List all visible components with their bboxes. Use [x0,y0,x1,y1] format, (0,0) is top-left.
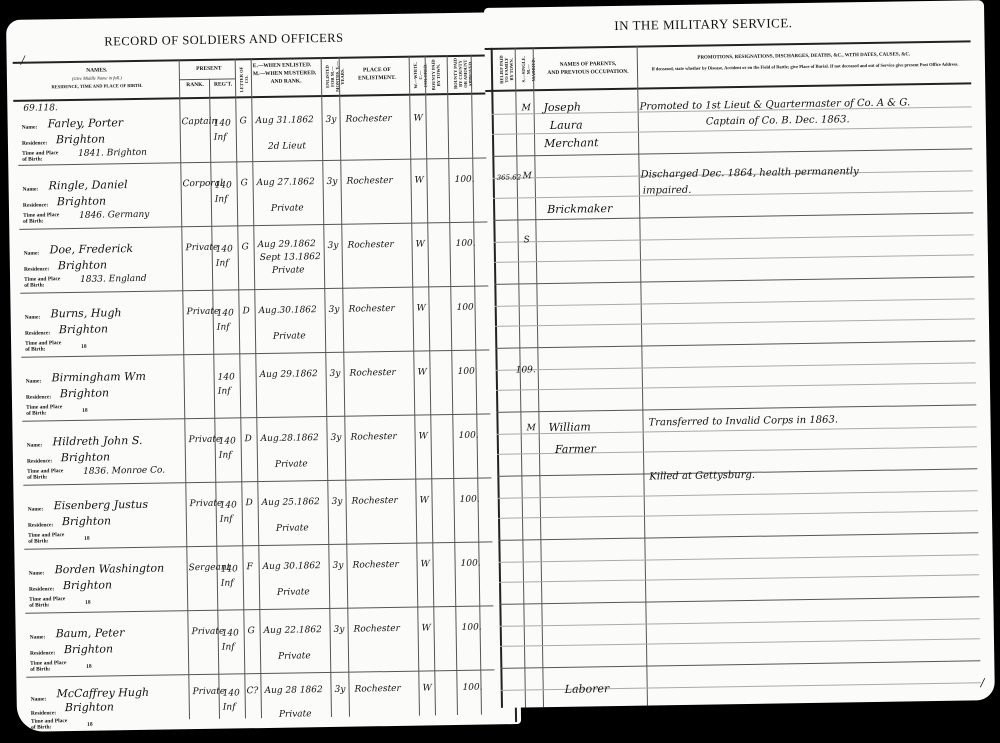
label-name: Name: [28,507,44,513]
col-header-regt: REG'T. [209,80,237,88]
label-birth: Time and Place of Birth: [24,277,64,289]
remarks: Promoted to 1st Lieut & Quartermaster of… [639,97,910,112]
company: G [241,178,248,188]
row-divider [496,404,976,413]
label-name: Name: [24,252,40,258]
race: W [418,367,427,377]
regiment: 140 Inf [222,626,242,654]
mustered-rank: Private [279,709,312,720]
race: W [414,175,423,185]
row-divider [495,340,975,349]
term: 3y [334,685,345,695]
birth: 1833. England [80,274,147,285]
bounty: 100. [459,431,479,441]
grid-line [637,46,648,706]
residence: Brighton [57,194,106,208]
term: 3y [331,433,342,443]
ruled-line [494,254,974,263]
label-birth: Time and Place of Birth: [29,597,69,609]
occupation: Brickmaker [547,202,612,216]
ruled-line [499,554,979,563]
label-name: Name: [25,315,41,321]
label-name: Name: [26,379,42,385]
term: 3y [326,115,337,125]
soldier-name: Birmingham Wm [52,370,146,384]
regiment: 140 Inf [214,116,234,144]
term: 3y [334,625,345,635]
residence: Brighton [61,450,110,464]
enlisted-date: Aug.30.1862 [259,305,317,316]
label-residence: Residence: [25,331,50,337]
right-page: IN THE MILITARY SERVICE. Relief paid to … [484,0,995,708]
label-birth: Time and Place of Birth: [30,661,70,673]
place-of-enlistment: Rochester [347,176,393,187]
ruled-line [495,318,975,327]
label-name: Name: [27,443,43,449]
col-header-enlisted: E.—WHEN ENLISTED. M.—WHEN MUSTERED, AND … [253,61,319,86]
birth: 1841. Brighton [78,148,147,159]
place-of-enlistment: Rochester [353,560,399,571]
header-top-rule [485,40,971,50]
residence: Brighton [62,514,111,528]
parent-name: William [548,420,590,434]
record-row: Name: Hildreth John S. Residence: Bright… [12,414,517,485]
race: W [422,623,431,633]
birth-year-prefix: 18 [86,665,92,671]
regiment: 140 Inf [219,434,239,462]
race: W [414,113,423,123]
record-ref: 69.118. [23,103,58,114]
col-header-relief: Relief paid to Family by Town. [499,54,515,86]
ruled-line [498,490,978,499]
label-residence: Residence: [26,395,51,401]
label-birth: Time and Place of Birth: [25,341,65,353]
soldier-name: Borden Washington [55,562,165,577]
mustered-rank: Private [276,523,309,534]
col-header-bounty-town: Bounty Paid by Town. [431,59,442,91]
soldier-name: Hildreth John S. [53,434,143,448]
place-of-enlistment: Rochester [348,240,394,251]
regiment: 140 Inf [216,242,236,270]
label-name: Name: [29,571,45,577]
row-divider [500,660,980,669]
place-of-enlistment: Rochester [352,496,398,507]
bounty: 100. [455,239,475,249]
relief-paid: 365.62 [497,173,522,181]
col-header-enlisted-for: Enlisted for M.—Months. Y.—Years. [325,61,346,93]
label-birth: Time and Place of Birth: [28,533,68,545]
ruled-line [500,618,980,627]
label-residence: Residence: [24,267,49,273]
mustered-rank: Private [277,587,310,598]
enlisted-date: Aug 29.1862 [257,239,315,250]
label-residence: Residence: [22,141,47,147]
record-row: Name: Birmingham Wm Residence: Brighton … [11,350,516,421]
bounty: 100. [460,495,480,505]
col-header-names: NAMES. (Give Middle Name in full.) Resid… [17,65,177,92]
soldier-name: Burns, Hugh [51,306,122,320]
company: G [242,242,249,252]
grid-line [491,48,503,708]
rank: Private [192,627,225,638]
enlisted-date: Aug 29.1862 [260,369,318,380]
soldier-name: McCaffrey Hugh [56,686,149,700]
race: W [420,495,429,505]
ruled-line [496,362,976,371]
rank: Private [189,435,222,446]
bounty: 100. [462,623,482,633]
soldier-name: Farley, Porter [48,116,124,130]
residence: Brighton [64,642,113,656]
residence: Brighton [60,386,109,400]
mustered-rank: Private [275,459,308,470]
company: G [240,116,247,126]
col-header-place-of-enlistment: PLACE OF ENLISTMENT. [347,66,407,83]
rank: Private [186,243,219,254]
enlisted-date: Aug 28 1862 [264,685,322,696]
label-residence: Residence: [31,711,56,717]
mustered-rank: 2d Lieut [268,141,306,152]
col-header-rank: RANK. [181,81,209,89]
birth-year-prefix: 18 [87,723,93,729]
enlisted-date: Aug 25.1862 [262,497,320,508]
enlisted-date: Aug 22.1862 [264,625,322,636]
row-divider [494,276,974,285]
label-residence: Residence: [29,587,54,593]
marital-status: M [527,423,536,433]
remarks: Discharged Dec. 1864, health permanently [641,166,859,180]
label-name: Name: [30,635,46,641]
row-divider [499,596,979,605]
rank: Private [187,307,220,318]
label-birth: Time and Place of Birth: [23,213,63,225]
residence: Brighton [56,132,105,146]
bounty: 100 [457,303,474,313]
company: C? [246,686,258,696]
soldier-name: Doe, Frederick [50,242,134,256]
record-row: Name: Doe, Frederick Residence: Brighton… [9,222,514,293]
race: W [417,303,426,313]
parent-name: Joseph [543,100,581,114]
bounty: 100. [454,175,474,185]
bounty: 100. [461,559,481,569]
race: W [422,683,431,693]
grid-line [515,48,526,708]
label-birth: Time and Place of Birth: [26,405,66,417]
col-header-letter-co: Letter of Co. [239,64,249,94]
record-row: Name: Eisenberg Justus Residence: Bright… [13,478,518,549]
label-name: Name: [23,188,39,194]
mustered-date: Sept 13.1862 [260,252,321,263]
residence: Brighton [63,578,112,592]
company: D [246,498,253,508]
label-residence: Residence: [30,651,55,657]
label-birth: Time and Place of Birth: [31,719,71,731]
race: W [419,431,428,441]
ruled-line [495,298,975,307]
rank: Private [190,499,223,510]
label-birth: Time and Place of Birth: [22,151,62,163]
label-residence: Residence: [28,523,53,529]
place-of-enlistment: Rochester [350,368,396,379]
label-residence: Residence: [27,459,52,465]
birth-year-prefix: 18 [81,345,87,351]
regiment: 140 Inf [217,306,237,334]
term: 3y [329,305,340,315]
enlisted-date: Aug.28.1862 [261,433,319,444]
ruled-line [498,510,978,519]
ruled-line [494,234,974,243]
residence: Brighton [65,700,114,714]
mustered-rank: Private [272,265,305,276]
term: 3y [333,561,344,571]
place-of-enlistment: Rochester [349,304,395,315]
col-header-parents: NAMES OF PARENTS, AND PREVIOUS OCCUPATIO… [541,60,635,77]
regiment: 140 Inf [215,178,235,206]
label-name: Name: [31,697,47,703]
header-occupation-label: AND PREVIOUS OCCUPATION. [541,68,635,77]
occupation: Laborer [565,682,610,696]
corner-mark: / [981,676,985,689]
birth-year-prefix: 18 [84,537,90,543]
ruled-line [496,382,976,391]
marital-status: M [523,171,532,181]
enlisted-date: Aug 30.1862 [263,561,321,572]
birth: 1846. Germany [79,210,149,221]
row-divider [498,532,978,541]
mustered-rank: Private [271,203,304,214]
label-birth: Time and Place of Birth: [27,469,67,481]
soldier-name: Ringle, Daniel [49,178,128,192]
grid-line [533,47,544,707]
header-bottom-rule [485,82,971,92]
soldier-name: Baum, Peter [56,626,125,640]
place-of-enlistment: Rochester [354,624,400,635]
remarks: Captain of Co. B. Dec. 1863. [706,114,850,127]
place-of-enlistment: Rochester [351,432,397,443]
record-row: Name: Baum, Peter Residence: Brighton Ti… [15,606,520,677]
header-and-rank-label: AND RANK. [253,77,319,86]
birth: 1836. Monroe Co. [83,466,165,477]
rank: Captain [182,117,218,128]
remarks: Transferred to Invalid Corps in 1863. [648,414,838,428]
company: G [248,626,255,636]
residence: Brighton [58,258,107,272]
term: 3y [332,497,343,507]
regiment: 140 Inf [222,686,242,714]
record-row: 69.118. Name: Farley, Porter Residence: … [7,94,512,165]
header-names-sub2: Residence, Time and Place of Birth. [17,81,177,92]
mustered-rank: Private [278,651,311,662]
remarks: Killed at Gettysburg. [649,470,755,483]
rank: Private [193,687,226,698]
regiment: 140 Inf [220,498,240,526]
term: 3y [330,369,341,379]
record-row: Name: Burns, Hugh Residence: Brighton Ti… [10,286,515,357]
ruled-line [493,190,973,199]
bounty: 100. [462,683,482,693]
remarks: impaired. [643,185,692,197]
regiment: 140 Inf [221,562,241,590]
company: D [245,434,252,444]
birth-year-prefix: 18 [85,601,91,607]
race: W [415,239,424,249]
parent-name: Laura [550,118,583,132]
occupation: Merchant [544,136,599,150]
term: 3y [328,241,339,251]
label-name: Name: [22,126,38,132]
record-row: Name: Ringle, Daniel Residence: Brighton… [8,158,513,229]
marital-status: M [522,103,531,113]
birth-year-prefix: 18 [82,409,88,415]
left-page: / RECORD OF SOLDIERS AND OFFICERS NAMES.… [6,12,521,732]
company: D [243,306,250,316]
place-of-enlistment: Rochester [354,684,400,695]
label-residence: Residence: [23,203,48,209]
bounty: 100 [458,367,475,377]
right-page-title: IN THE MILITARY SERVICE. [614,15,792,34]
record-row: Name: McCaffrey Hugh Residence: Brighton… [16,670,521,728]
regiment: 140 Inf [218,370,238,398]
race: W [421,559,430,569]
company: F [247,562,253,572]
ruled-line [499,574,979,583]
col-header-present: PRESENT [181,64,237,73]
left-page-title: RECORD OF SOLDIERS AND OFFICERS [104,31,343,50]
occupation: Farmer [555,442,596,456]
term: 3y [327,177,338,187]
enlisted-date: Aug 31.1862 [256,115,314,126]
residence: Brighton [59,322,108,336]
record-row: Name: Borden Washington Residence: Brigh… [14,542,519,613]
enlisted-date: Aug 27.1862 [257,177,315,188]
ruled-line [500,638,980,647]
relief-paid: 109. [516,365,536,375]
soldier-name: Eisenberg Justus [54,498,149,512]
mustered-rank: Private [273,331,306,342]
marital-status: S [524,235,530,245]
place-of-enlistment: Rochester [346,114,392,125]
